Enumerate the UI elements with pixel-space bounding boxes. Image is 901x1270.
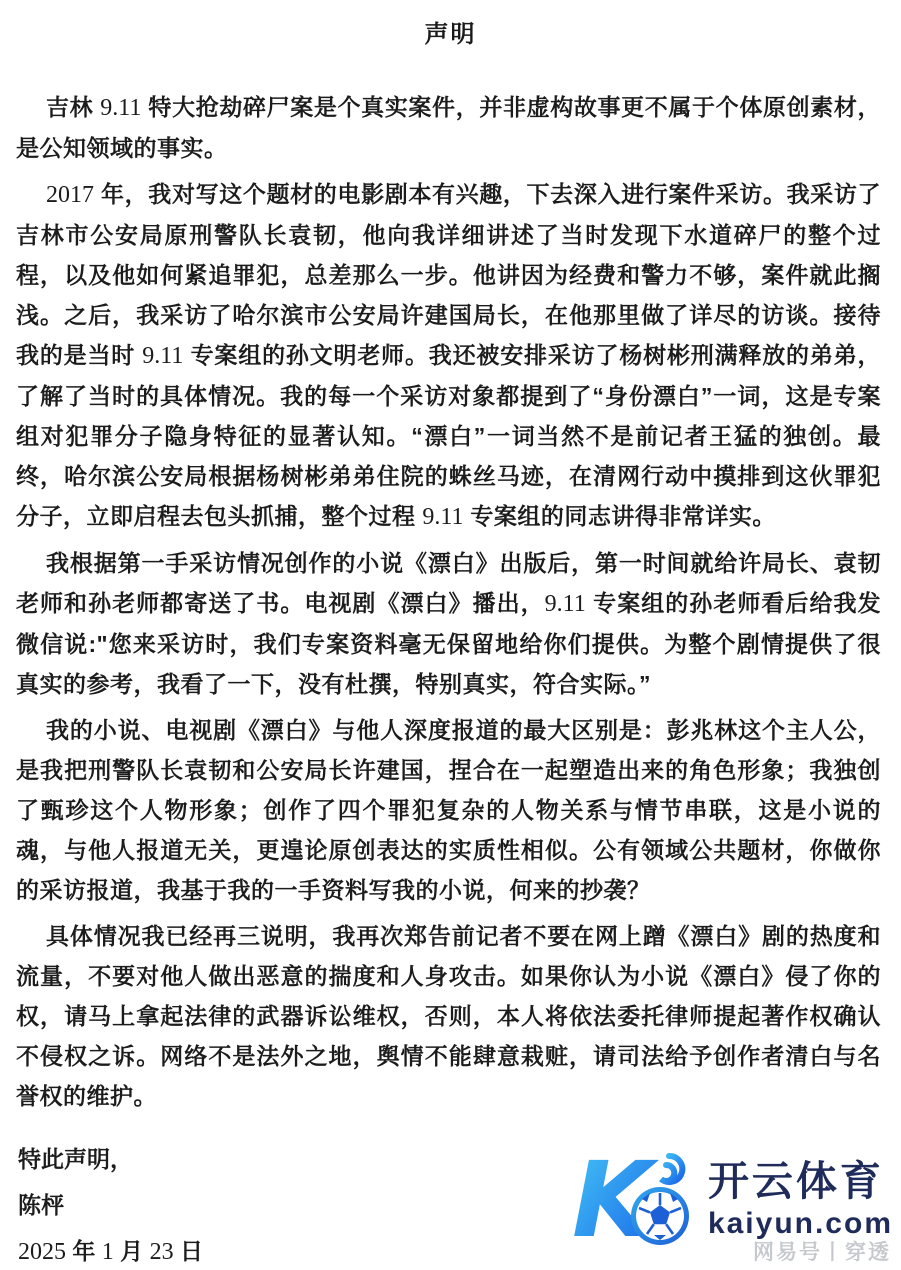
paragraph-2: 2017 年，我对写这个题材的电影剧本有兴趣，下去深入进行案件采访。我采访了吉林…: [16, 174, 881, 537]
paragraph-5: 具体情况我已经再三说明，我再次郑告前记者不要在网上蹭《漂白》剧的热度和流量，不要…: [16, 916, 881, 1116]
document-body: 吉林 9.11 特大抢劫碎尸案是个真实案件，并非虚构故事更不属于个体原创素材，是…: [16, 87, 881, 1116]
brand-url: kaiyun.com: [708, 1207, 893, 1240]
brand-text: 开云体育 kaiyun.com: [708, 1158, 893, 1240]
statement-document: 声明 吉林 9.11 特大抢劫碎尸案是个真实案件，并非虚构故事更不属于个体原创素…: [0, 0, 901, 1270]
kaiyun-logo-icon: K: [572, 1140, 700, 1258]
paragraph-4: 我的小说、电视剧《漂白》与他人深度报道的最大区别是：彭兆林这个主人公，是我把刑警…: [16, 710, 881, 910]
brand-name: 开云体育: [708, 1158, 884, 1205]
spiral-curl: [661, 1156, 682, 1182]
soccer-ball-icon: [631, 1187, 689, 1245]
paragraph-1: 吉林 9.11 特大抢劫碎尸案是个真实案件，并非虚构故事更不属于个体原创素材，是…: [16, 87, 881, 168]
page-title: 声明: [0, 14, 901, 49]
paragraph-3: 我根据第一手采访情况创作的小说《漂白》出版后，第一时间就给许局长、袁韧老师和孙老…: [16, 543, 881, 704]
kaiyun-watermark: K: [572, 1140, 893, 1258]
